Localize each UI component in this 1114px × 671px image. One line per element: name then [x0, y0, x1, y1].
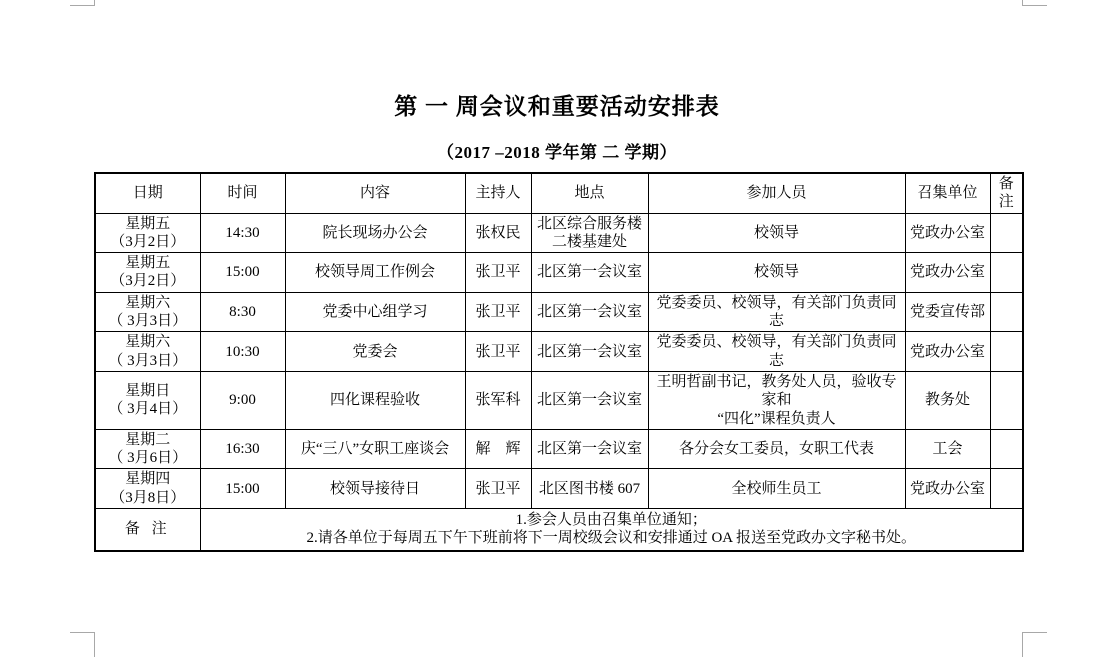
host-cell: 张权民 [465, 213, 531, 253]
content-cell: 校领导接待日 [285, 469, 465, 509]
organizer-cell: 党政办公室 [905, 469, 990, 509]
remark-cell [990, 332, 1023, 372]
header-cell-host: 主持人 [465, 173, 531, 213]
time-cell: 9:00 [200, 371, 285, 429]
remark-cell [990, 429, 1023, 469]
notes-label-cell: 备 注 [95, 509, 200, 551]
location-cell: 北区综合服务楼 二楼基建处 [531, 213, 648, 253]
organizer-cell: 教务处 [905, 371, 990, 429]
participants-cell: 全校师生员工 [648, 469, 905, 509]
organizer-cell: 党委宣传部 [905, 292, 990, 332]
date-cell: 星期日 （ 3月4日） [95, 371, 200, 429]
date-cell: 星期六 （ 3月3日） [95, 292, 200, 332]
time-cell: 8:30 [200, 292, 285, 332]
organizer-cell: 党政办公室 [905, 213, 990, 253]
remark-cell [990, 469, 1023, 509]
location-cell: 北区第一会议室 [531, 429, 648, 469]
host-cell: 张卫平 [465, 292, 531, 332]
note-line-2: 2.请各单位于每周五下午下班前将下一周校级会议和安排通过 OA 报送至党政办文字… [204, 529, 1020, 547]
date-cell: 星期六 （ 3月3日） [95, 332, 200, 372]
margin-corner-mark-bottom-right [1022, 632, 1047, 657]
remark-cell [990, 371, 1023, 429]
time-cell: 14:30 [200, 213, 285, 253]
header-cell-participants: 参加人员 [648, 173, 905, 213]
remark-cell [990, 253, 1023, 293]
participants-cell: 校领导 [648, 213, 905, 253]
host-cell: 张卫平 [465, 469, 531, 509]
time-cell: 16:30 [200, 429, 285, 469]
content-cell: 党委会 [285, 332, 465, 372]
header-cell-time: 时间 [200, 173, 285, 213]
table-header-row: 日期 时间 内容 主持人 地点 参加人员 召集单位 备注 [95, 173, 1023, 213]
date-cell: 星期二 （ 3月6日） [95, 429, 200, 469]
participants-cell: 各分会女工委员，女职工代表 [648, 429, 905, 469]
document-subtitle: （2017 –2018 学年第 二 学期） [0, 138, 1114, 163]
table-row: 星期六 （ 3月3日） 10:30 党委会 张卫平 北区第一会议室 党委委员、校… [95, 332, 1023, 372]
content-cell: 庆“三八”女职工座谈会 [285, 429, 465, 469]
table-row: 星期五 （3月2日） 15:00 校领导周工作例会 张卫平 北区第一会议室 校领… [95, 253, 1023, 293]
participants-cell: 校领导 [648, 253, 905, 293]
margin-corner-mark-bottom-left [70, 632, 95, 657]
host-cell: 张卫平 [465, 253, 531, 293]
table-row: 星期日 （ 3月4日） 9:00 四化课程验收 张军科 北区第一会议室 王明哲副… [95, 371, 1023, 429]
location-cell: 北区图书楼 607 [531, 469, 648, 509]
table-row: 星期六 （ 3月3日） 8:30 党委中心组学习 张卫平 北区第一会议室 党委委… [95, 292, 1023, 332]
header-cell-date: 日期 [95, 173, 200, 213]
header-cell-organizer: 召集单位 [905, 173, 990, 213]
header-cell-location: 地点 [531, 173, 648, 213]
date-cell: 星期五 （3月2日） [95, 213, 200, 253]
time-cell: 15:00 [200, 469, 285, 509]
margin-corner-mark-top-left [70, 0, 95, 6]
document-title: 第 一 周会议和重要活动安排表 [0, 88, 1114, 121]
table-row: 星期五 （3月2日） 14:30 院长现场办公会 张权民 北区综合服务楼 二楼基… [95, 213, 1023, 253]
time-cell: 15:00 [200, 253, 285, 293]
participants-cell: 党委委员、校领导，有关部门负责同志 [648, 292, 905, 332]
time-cell: 10:30 [200, 332, 285, 372]
location-cell: 北区第一会议室 [531, 371, 648, 429]
note-line-1: 1.参会人员由召集单位通知； [204, 511, 1020, 529]
location-cell: 北区第一会议室 [531, 253, 648, 293]
host-cell: 张军科 [465, 371, 531, 429]
content-cell: 校领导周工作例会 [285, 253, 465, 293]
host-cell: 张卫平 [465, 332, 531, 372]
content-cell: 院长现场办公会 [285, 213, 465, 253]
meeting-schedule-table: 日期 时间 内容 主持人 地点 参加人员 召集单位 备注 星期五 （3月2日） … [94, 172, 1024, 552]
content-cell: 党委中心组学习 [285, 292, 465, 332]
organizer-cell: 党政办公室 [905, 332, 990, 372]
document-page: 第 一 周会议和重要活动安排表 （2017 –2018 学年第 二 学期） 日期… [0, 0, 1114, 671]
location-cell: 北区第一会议室 [531, 292, 648, 332]
organizer-cell: 党政办公室 [905, 253, 990, 293]
table-footer-row: 备 注 1.参会人员由召集单位通知； 2.请各单位于每周五下午下班前将下一周校级… [95, 509, 1023, 551]
participants-cell: 党委委员、校领导，有关部门负责同志 [648, 332, 905, 372]
margin-corner-mark-top-right [1022, 0, 1047, 6]
location-cell: 北区第一会议室 [531, 332, 648, 372]
participants-cell: 王明哲副书记，教务处人员，验收专家和 “四化”课程负责人 [648, 371, 905, 429]
remark-cell [990, 292, 1023, 332]
host-cell: 解 辉 [465, 429, 531, 469]
table-row: 星期四 （3月8日） 15:00 校领导接待日 张卫平 北区图书楼 607 全校… [95, 469, 1023, 509]
header-cell-remark: 备注 [990, 173, 1023, 213]
date-cell: 星期五 （3月2日） [95, 253, 200, 293]
table-row: 星期二 （ 3月6日） 16:30 庆“三八”女职工座谈会 解 辉 北区第一会议… [95, 429, 1023, 469]
notes-cell: 1.参会人员由召集单位通知； 2.请各单位于每周五下午下班前将下一周校级会议和安… [200, 509, 1023, 551]
content-cell: 四化课程验收 [285, 371, 465, 429]
organizer-cell: 工会 [905, 429, 990, 469]
header-cell-content: 内容 [285, 173, 465, 213]
date-cell: 星期四 （3月8日） [95, 469, 200, 509]
remark-cell [990, 213, 1023, 253]
